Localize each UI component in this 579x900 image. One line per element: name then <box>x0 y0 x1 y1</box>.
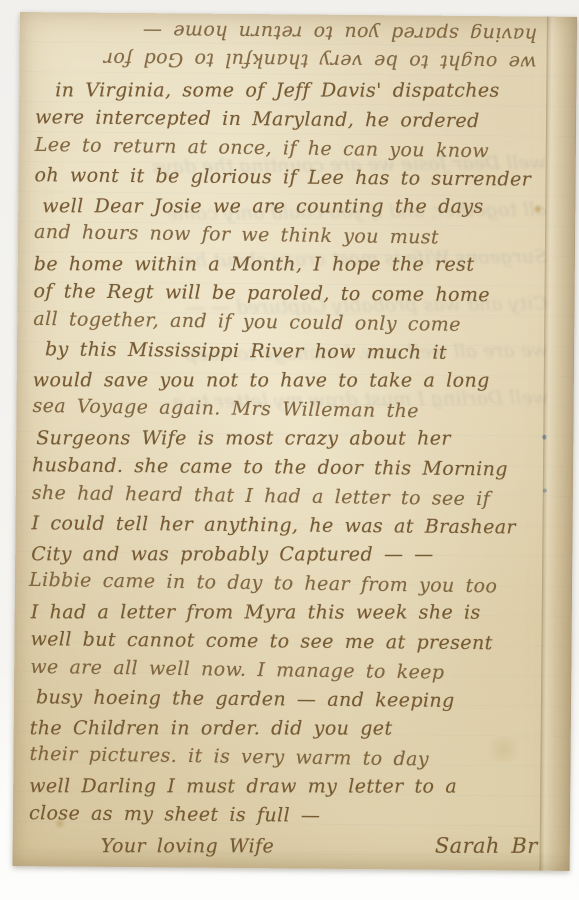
scanned-letter-photo: well Dear Josie we are counting the days… <box>0 0 579 900</box>
handwriting-line: I could tell her anything, he was at Bra… <box>31 509 542 542</box>
handwriting-line: Libbie came in to day to hear from you t… <box>29 566 542 602</box>
handwriting-line: well Dear Josie we are counting the days <box>42 192 545 221</box>
valediction: Your loving Wife <box>101 831 274 861</box>
handwriting-line: and hours now for we think you must <box>34 218 545 254</box>
handwriting-line: Surgeons Wife is most crazy about her <box>36 424 543 453</box>
marginalia-line: having spared you to return home — <box>70 17 537 49</box>
handwriting-line: oh wont it be glorious if Lee has to sur… <box>34 161 545 194</box>
handwriting-line: sea Voyage again. Mrs Willeman the <box>32 392 543 428</box>
handwriting-line: would save you not to have to take a lon… <box>33 366 544 395</box>
signature: Sarah Br <box>435 831 540 861</box>
handwriting-line: busy hoeing the garden — and keeping <box>36 683 541 716</box>
handwriting-line: be home within a Month, I hope the rest <box>34 250 545 279</box>
letter-body: in Virginia, some of Jeff Davis' dispatc… <box>29 74 547 832</box>
closing-line: Your loving Wife Sarah Br <box>29 830 540 861</box>
handwriting-line: City and was probably Captured — — <box>31 540 542 569</box>
letter-page: well Dear Josie we are counting the days… <box>13 12 577 871</box>
handwriting-line: well Darling I must draw my letter to a <box>29 772 540 801</box>
handwriting-line: by this Mississippi River how much it <box>45 335 544 368</box>
blue-ink-speck <box>543 489 547 493</box>
handwriting-line: the Children in order. did you get <box>30 714 541 743</box>
handwriting-line: I had a letter from Myra this week she i… <box>31 598 542 627</box>
handwriting-line: close as my sheet is full — <box>29 799 540 832</box>
marginalia-line: we ought to be very thankful to God for <box>69 45 536 77</box>
upside-down-marginalia: we ought to be very thankful to God for … <box>35 16 546 76</box>
handwriting-line: in Virginia, some of Jeff Davis' dispatc… <box>55 76 546 105</box>
handwriting-line: their pictures. it is very warm to day <box>29 740 540 776</box>
handwriting: we ought to be very thankful to God for … <box>29 16 547 866</box>
